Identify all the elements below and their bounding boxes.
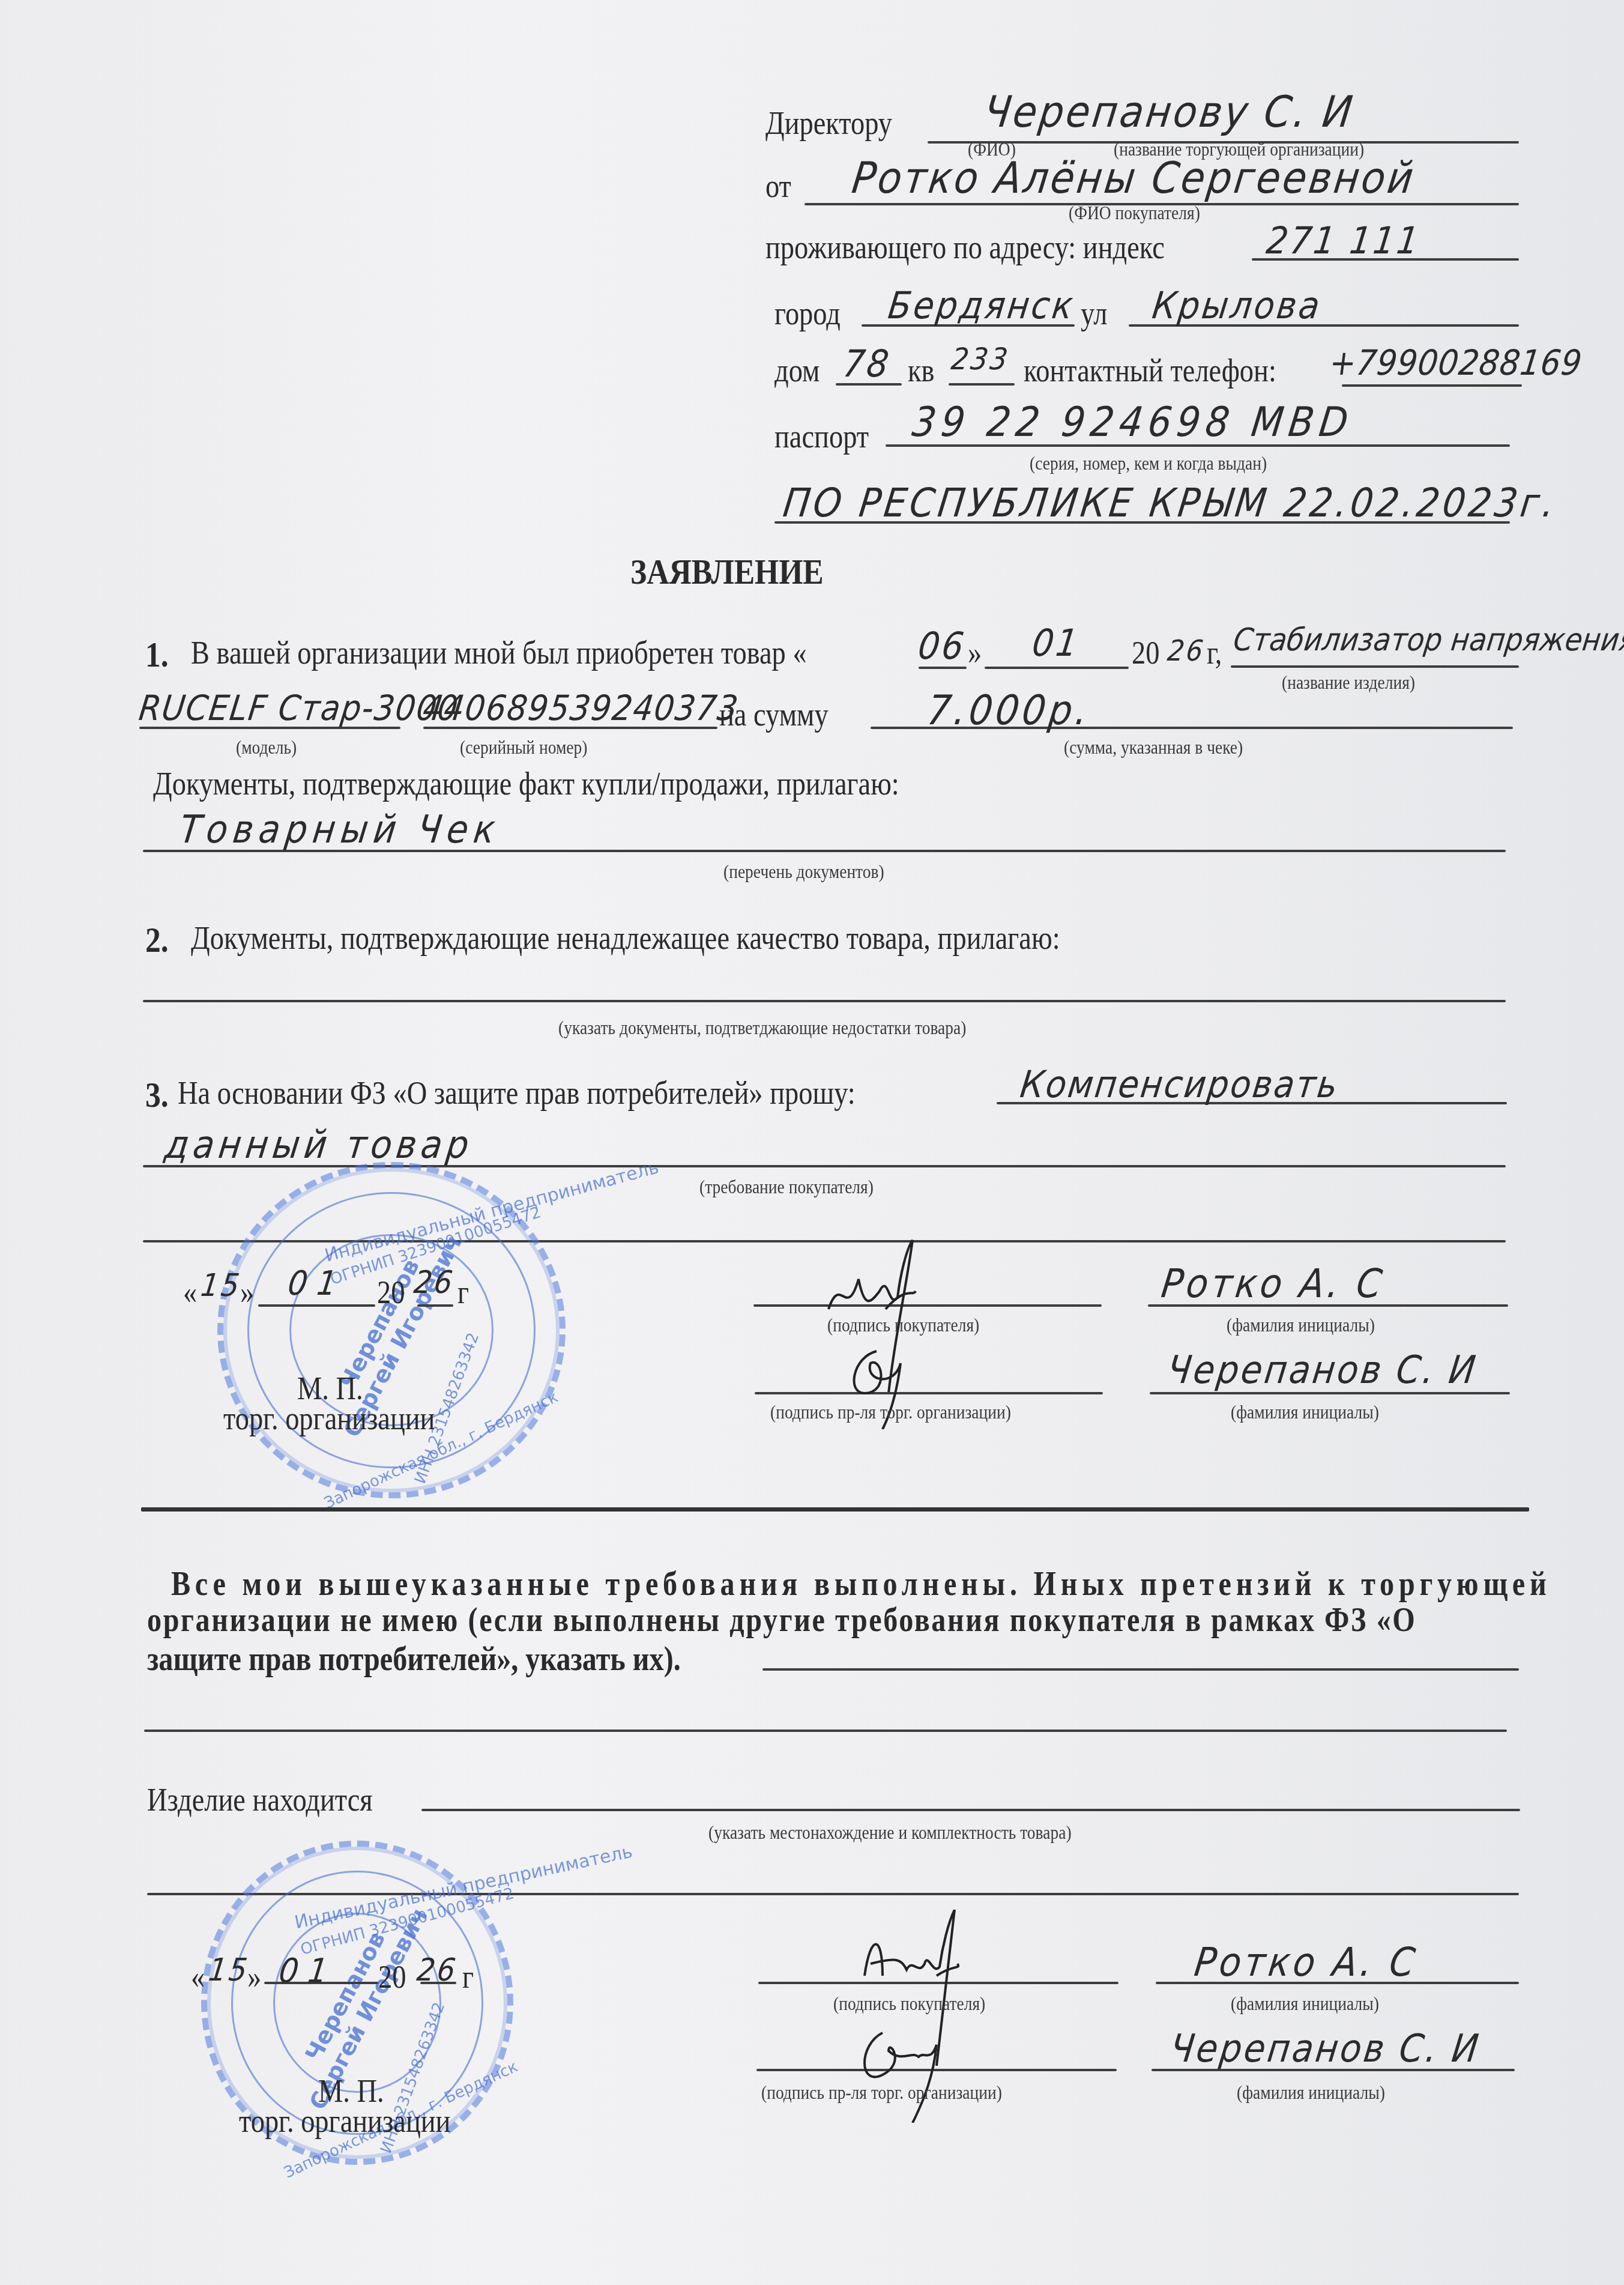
month-line <box>985 667 1129 669</box>
signoff2-date-month: 01 <box>277 1955 339 1988</box>
seller-name-caption: (фамилия инициалы) <box>1231 1402 1379 1421</box>
signoff1-date-month: 01 <box>286 1267 348 1301</box>
location-line[interactable] <box>421 1809 1520 1811</box>
seller-signature-caption: (подпись пр-ля торг. организации) <box>770 1402 1011 1421</box>
model-value: RUCELF Стар-3000 <box>137 691 460 725</box>
final-requirements-line1[interactable] <box>762 1668 1519 1671</box>
signoff2-year-suffix: 26 <box>415 1955 459 1986</box>
signoff1-year-line <box>417 1304 453 1307</box>
document-title: ЗАЯВЛЕНИЕ <box>630 554 824 590</box>
house-label: дом <box>774 354 820 387</box>
apt-line <box>949 383 1015 386</box>
sum-label: на сумму <box>719 698 829 731</box>
street-value: Крылова <box>1150 287 1324 324</box>
serial-caption: (серийный номер) <box>460 737 587 757</box>
director-label: Директору <box>765 107 892 139</box>
signoff1-year-suffix: 26 <box>412 1267 456 1298</box>
product-line <box>1231 665 1519 668</box>
final-paragraph-line2: организации не имею (если выполнены друг… <box>147 1603 1416 1637</box>
house-value: 78 <box>841 345 893 383</box>
city-value: Бердянск <box>886 287 1077 324</box>
final-paragraph-line1: Все мои вышеуказанные требования выполне… <box>171 1567 1551 1601</box>
passport-value: 39 22 924698 MBD <box>910 402 1356 443</box>
quote-close: » <box>968 637 982 669</box>
signoff1-mp-org: торг. организации <box>223 1402 435 1435</box>
phone-label: контактный телефон: <box>1024 354 1276 387</box>
purchase-month: 01 <box>1030 625 1082 662</box>
passport-caption: (серия, номер, кем и когда выдан) <box>1030 453 1267 473</box>
signoff2-year-prefix: 20 <box>378 1961 406 1993</box>
section3-text: На основании ФЗ «О защите прав потребите… <box>178 1077 856 1109</box>
buyer-name-caption-2: (фамилия инициалы) <box>1231 1994 1379 2013</box>
section-divider <box>141 1507 1529 1512</box>
signoff1-year-g: г <box>457 1276 469 1309</box>
serial-value: 440689539240373 <box>421 691 741 725</box>
section3-caption: (требование покупателя) <box>699 1177 874 1196</box>
sum-caption: (сумма, указанная в чеке) <box>1064 737 1243 757</box>
sum-value: 7.000р. <box>925 691 1093 731</box>
final-paragraph-line3: защите прав потребителей», указать их). <box>147 1642 681 1676</box>
docs-caption: (перечень документов) <box>723 862 884 881</box>
model-caption: (модель) <box>236 737 297 757</box>
seller-signature-caption-2: (подпись пр-ля торг. организации) <box>761 2083 1002 2102</box>
apt-value: 233 <box>950 344 1012 374</box>
signoff2-date-close: » <box>247 1961 261 1993</box>
signoff2-date-open: « <box>191 1961 205 1993</box>
seller-name-2: Черепанов С. И <box>1168 2030 1482 2068</box>
signoff1-year-prefix: 20 <box>377 1276 405 1309</box>
section2-caption: (указать документы, подтветджающие недос… <box>558 1018 966 1037</box>
year-suffix: 26 <box>1166 637 1207 665</box>
signoff1-date-close: » <box>240 1276 254 1309</box>
signoff2-year-g: г <box>462 1961 474 1993</box>
from-value: Ротко Алёны Сергеевной <box>850 156 1417 199</box>
section3-value-line1: Компенсировать <box>1018 1066 1341 1103</box>
product-caption: (название изделия) <box>1282 673 1415 692</box>
buyer-name: Ротко А. С <box>1159 1264 1387 1304</box>
signoff1-month-line <box>258 1304 375 1307</box>
passport-label: паспорт <box>774 420 869 453</box>
section2-number: 2. <box>145 922 169 958</box>
section1-text: В вашей организации мной был приобретен … <box>191 637 807 669</box>
from-caption: (ФИО покупателя) <box>1069 203 1200 222</box>
purchase-day: 06 <box>916 628 968 665</box>
passport-issued: ПО РЕСПУБЛИКЕ КРЫМ 22.02.2023г. <box>781 483 1560 523</box>
street-label: ул <box>1081 297 1107 330</box>
document-page: Директору Черепанову С. И (ФИО) (названи… <box>0 0 1624 2285</box>
buyer-signature-caption-2: (подпись покупателя) <box>833 1994 985 2013</box>
city-label: город <box>774 297 841 330</box>
location-label: Изделие находится <box>147 1784 373 1816</box>
seller-name-caption-2: (фамилия инициалы) <box>1237 2083 1385 2102</box>
signoff1-date-open: « <box>183 1276 197 1309</box>
phone-line <box>1342 384 1522 387</box>
seller-name: Черепанов С. И <box>1165 1351 1479 1390</box>
section1-number: 1. <box>145 637 169 673</box>
signoff1-mp: М. П. <box>297 1372 363 1405</box>
docs-label: Документы, подтверждающие факт купли/про… <box>153 767 899 800</box>
buyer-name-2: Ротко А. С <box>1192 1943 1420 1982</box>
address-label: проживающего по адресу: индекс <box>765 231 1165 264</box>
section2-text: Документы, подтверждающие ненадлежащее к… <box>191 922 1060 954</box>
section2-line[interactable] <box>143 1000 1506 1002</box>
section3-value-line2: данный товар <box>163 1126 475 1164</box>
index-value: 271 111 <box>1264 222 1423 259</box>
location-caption: (указать местонахождение и комплектность… <box>708 1823 1072 1842</box>
docs-value: Товарный Чек <box>178 811 503 849</box>
director-value: Черепанову С. И <box>982 90 1357 133</box>
buyer-name-caption: (фамилия инициалы) <box>1227 1315 1375 1334</box>
signoff1-date-day: 15 <box>199 1270 243 1301</box>
phone-value: +79900288169 <box>1327 345 1584 380</box>
signoff2-mp: М. П. <box>318 2075 384 2107</box>
seller-signature-line <box>755 1392 1103 1394</box>
company-stamp: ЧерепановСергей Игоревич Индивидуальный … <box>217 1162 566 1498</box>
year-prefix: 20 <box>1132 637 1159 669</box>
final-requirements-line2[interactable] <box>144 1730 1507 1732</box>
signoff2-date-day: 15 <box>207 1955 251 1986</box>
section3-number: 3. <box>145 1077 169 1113</box>
year-g: г, <box>1207 637 1222 669</box>
buyer-signature-caption: (подпись покупателя) <box>827 1315 979 1334</box>
apt-label: кв <box>908 354 934 387</box>
product-name: Стабилизатор напряжения <box>1232 625 1624 656</box>
from-label: от <box>765 170 791 202</box>
seller-signature-2 <box>853 2027 955 2123</box>
signoff2-mp-org: торг. организации <box>239 2105 450 2137</box>
